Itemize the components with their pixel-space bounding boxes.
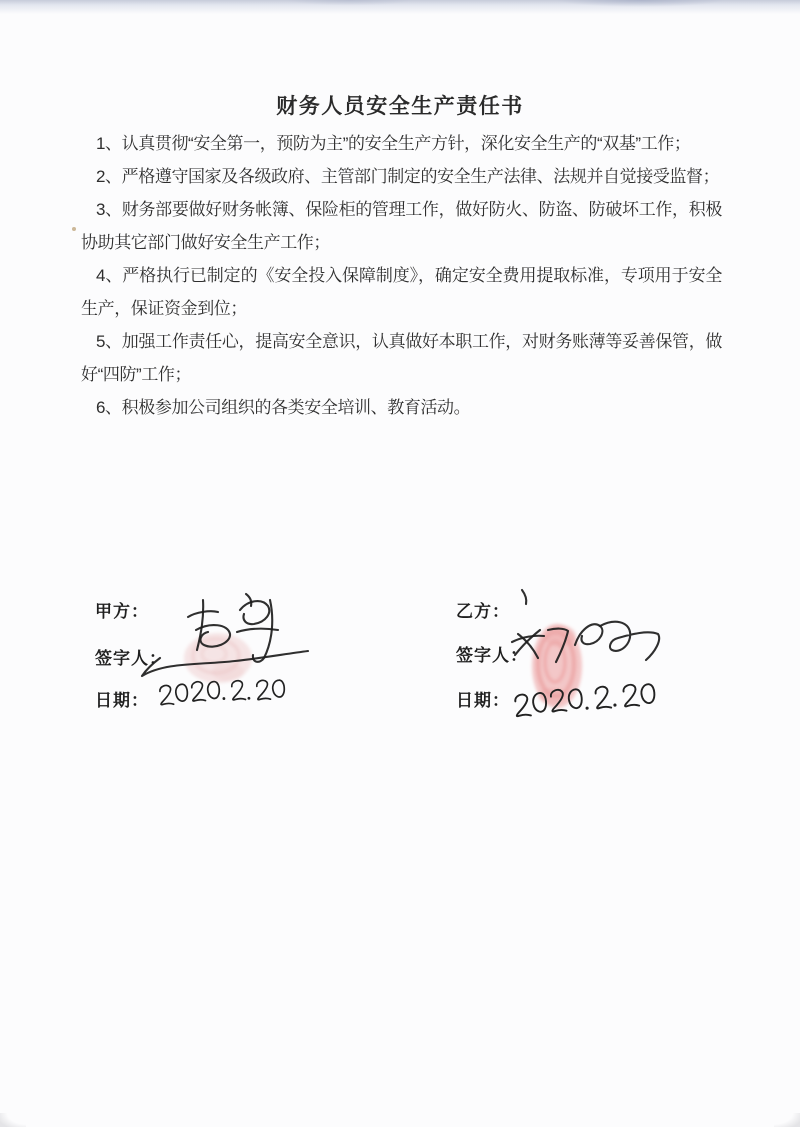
party-a-label: 甲方： <box>95 597 149 622</box>
party-b-handwritten-signature <box>512 622 659 662</box>
paper-corner-shadow <box>0 1113 26 1127</box>
party-a-fingerprint <box>184 633 252 683</box>
party-b-handwritten-date <box>515 683 656 716</box>
responsibility-item-3: 3、财务部要做好财务帐簿、保险柜的管理工作，做好防火、防盗、防破坏工作，积极协助… <box>81 193 722 259</box>
pen-tick-mark <box>522 590 526 604</box>
party-b-date-label: 日期： <box>456 686 510 711</box>
party-b-fingerprint <box>532 624 582 708</box>
responsibility-item-1: 1、认真贯彻“安全第一，预防为主”的安全生产方针，深化安全生产的“双基”工作； <box>81 127 722 160</box>
party-b-label: 乙方： <box>456 597 510 622</box>
party-a-date-label: 日期： <box>95 686 149 711</box>
scanned-document-page: 财务人员安全生产责任书 1、认真贯彻“安全第一，预防为主”的安全生产方针，深化安… <box>0 0 800 1127</box>
document-title: 财务人员安全生产责任书 <box>0 90 800 120</box>
responsibility-item-4: 4、严格执行已制定的《安全投入保障制度》，确定安全费用提取标准，专项用于安全生产… <box>81 259 722 325</box>
paper-corner-shadow <box>774 1113 800 1127</box>
responsibility-items: 1、认真贯彻“安全第一，预防为主”的安全生产方针，深化安全生产的“双基”工作； … <box>81 127 722 424</box>
scanner-edge-artifact <box>0 0 800 16</box>
party-a-signer-label: 签字人： <box>95 644 167 669</box>
party-a-handwritten-date <box>160 677 285 705</box>
responsibility-item-5: 5、加强工作责任心，提高安全意识，认真做好本职工作，对财务账薄等妥善保管，做好“… <box>81 325 722 391</box>
responsibility-item-2: 2、严格遵守国家及各级政府、主管部门制定的安全生产法律、法规并自觉接受监督； <box>81 160 722 193</box>
responsibility-item-6: 6、积极参加公司组织的各类安全培训、教育活动。 <box>81 391 722 424</box>
paper-speck <box>72 227 76 231</box>
party-b-signer-label: 签字人： <box>456 641 528 666</box>
